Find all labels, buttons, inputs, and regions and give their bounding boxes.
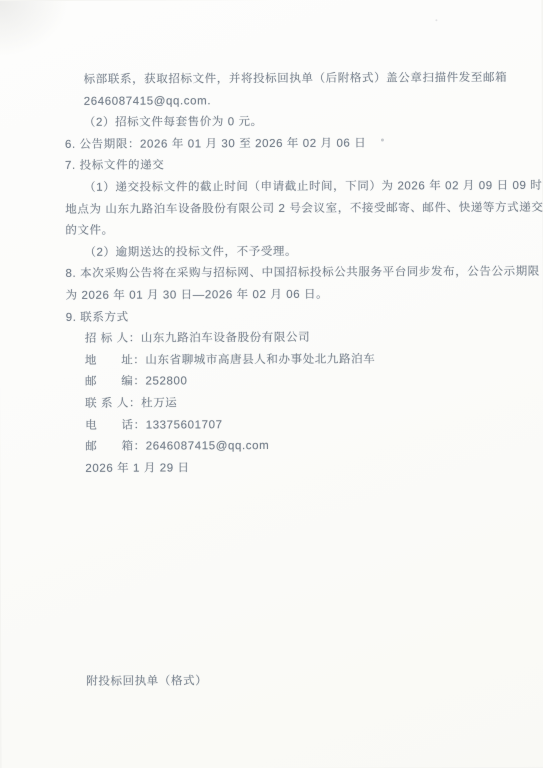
email-line: 2646087415@qq.com. [65,90,489,113]
contact-row-phone: 电 话：13375601707 [66,414,490,437]
announcement-period-line: 6. 公告期限：2026 年 01 月 30 至 2026 年 02 月 06 … [65,133,489,156]
contact-label: 招 标 人： [85,333,141,345]
contact-value: 13375601707 [146,419,223,431]
attachment-note: 附投标回执单（格式） [86,672,207,689]
document-line: （2）招标文件每套售价为 0 元。 [65,111,489,134]
document-line: 为 2026 年 01 月 30 日—2026 年 02 月 06 日。 [66,284,490,307]
contact-label: 联 系 人： [85,397,141,409]
contact-row-contact-person: 联 系 人：杜万运 [66,392,490,415]
contact-row-address: 地 址：山东省聊城市高唐县人和办事处北九路泊车 [66,349,490,372]
contact-value: 252800 [145,376,187,388]
contact-row-email: 邮 箱：2646087415@qq.com [66,435,490,458]
contact-value: 杜万运 [141,397,177,409]
contact-label: 电 话： [85,419,146,431]
document-line: 标部联系，获取招标文件，并将投标回执单（后附格式）盖公章扫描件发至邮箱 [65,68,489,91]
contact-value: 山东省聊城市高唐县人和办事处北九路泊车 [145,353,375,366]
section-heading-line: 7. 投标文件的递交 [65,154,489,177]
contact-label: 邮 箱： [85,441,146,453]
sign-date: 2026 年 1 月 29 日 [66,457,490,480]
document-body: 标部联系，获取招标文件，并将投标回执单（后附格式）盖公章扫描件发至邮箱 2646… [65,68,491,480]
document-line: 的文件。 [65,219,489,242]
section-heading-line: 9. 联系方式 [66,306,490,329]
contact-label: 地 址： [85,354,146,366]
document-line: 地点为 山东九路泊车设备股份有限公司 2 号会议室，不接受邮寄、邮件、快递等方式… [65,198,489,221]
contact-value: 山东九路泊车设备股份有限公司 [141,332,310,345]
scan-corner-shadow [0,1,69,56]
contact-label: 邮 编： [85,376,146,388]
scan-speck [435,19,437,21]
document-line: 8. 本次采购公告将在采购与招标网、中国招标投标公共服务平台同步发布，公告公示期… [65,262,489,285]
scanned-document-page: 标部联系，获取招标文件，并将投标回执单（后附格式）盖公章扫描件发至邮箱 2646… [0,0,543,768]
document-line: （2）逾期送达的投标文件，不予受理。 [65,241,489,264]
document-line: （1）递交投标文件的截止时间（申请截止时间，下同）为 2026 年 02 月 0… [65,176,489,199]
contact-value: 2646087415@qq.com [146,440,270,453]
contact-row-tenderer: 招 标 人：山东九路泊车设备股份有限公司 [66,327,490,350]
contact-row-postcode: 邮 编：252800 [66,370,490,393]
